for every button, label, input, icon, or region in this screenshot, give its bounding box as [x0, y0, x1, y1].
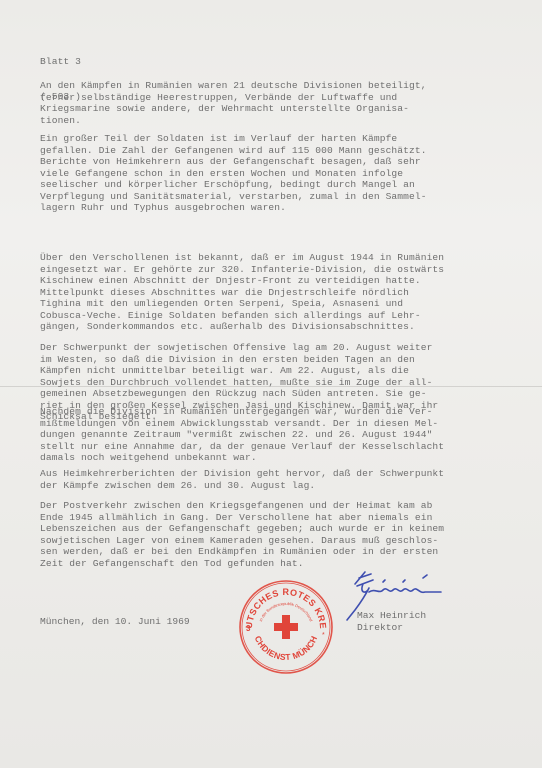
- paragraph-3: Über den Verschollenen ist bekannt, daß …: [40, 252, 444, 333]
- paragraph-6: Aus Heimkehrerberichten der Division geh…: [40, 468, 444, 491]
- text-line: lagern Ruhr und Typhus ausgebrochen ware…: [40, 202, 427, 214]
- text-line: Zeit der Gefangenschaft den Tod gefunden…: [40, 558, 444, 570]
- text-line: dungen genannte Zeitraum "vermißt zwisch…: [40, 429, 444, 441]
- text-line: tionen.: [40, 115, 427, 127]
- stamp-star-icon: *: [322, 632, 325, 639]
- text-line: seelischer und körperlicher Erschöpfung,…: [40, 179, 427, 191]
- text-line: stellt nur eine Annahme dar, da der gena…: [40, 441, 444, 453]
- text-line: gefallen. Die Zahl der Gefangenen wird a…: [40, 145, 427, 157]
- signer-name: Max Heinrich: [357, 610, 426, 622]
- place-date: München, den 10. Juni 1969: [40, 616, 190, 627]
- text-line: der Kämpfe zwischen dem 26. und 30. Augu…: [40, 480, 444, 492]
- text-line: im Westen, so daß die Division in den er…: [40, 354, 438, 366]
- text-line: Kriegsmarine sowie andere, der Wehrmacht…: [40, 103, 427, 115]
- text-line: Lebenszeichen aus der Gefangenschaft geg…: [40, 523, 444, 535]
- paragraph-5: Nachdem die Division in Rumänien unterge…: [40, 406, 444, 464]
- text-line: Cobusca-Veche. Einige Soldaten befanden …: [40, 310, 444, 322]
- sheet-label: Blatt 3: [40, 56, 81, 68]
- text-line: Verpflegung und Sanitätsmaterial, versta…: [40, 191, 427, 203]
- text-line: Aus Heimkehrerberichten der Division geh…: [40, 468, 444, 480]
- text-line: Kischinew einen Abschnitt der Dnjestr-Fr…: [40, 275, 444, 287]
- text-line: sen werden, daß er bei den Endkämpfen in…: [40, 546, 444, 558]
- stamp-number: 3: [246, 624, 251, 633]
- text-line: sowjetischen Lager von einem Kameraden g…: [40, 535, 444, 547]
- text-line: eingesetzt war. Er gehörte zur 320. Infa…: [40, 264, 444, 276]
- paragraph-2: Ein großer Teil der Soldaten ist im Verl…: [40, 133, 427, 214]
- text-line: Nachdem die Division in Rumänien unterge…: [40, 406, 444, 418]
- signer-title: Direktor: [357, 622, 426, 634]
- red-cross-icon: [274, 615, 298, 639]
- text-line: Ende 1945 allmählich in Gang. Der Versch…: [40, 512, 444, 524]
- text-line: Ein großer Teil der Soldaten ist im Verl…: [40, 133, 427, 145]
- text-line: gemeinen Absetzbewegungen den Rückzug na…: [40, 388, 438, 400]
- text-line: ferner selbständige Heerestruppen, Verbä…: [40, 92, 427, 104]
- text-line: gängen, Sonderkommandos etc. außerhalb d…: [40, 321, 444, 333]
- signer-block: Max Heinrich Direktor: [357, 610, 426, 633]
- text-line: Über den Verschollenen ist bekannt, daß …: [40, 252, 444, 264]
- text-line: An den Kämpfen in Rumänien waren 21 deut…: [40, 80, 427, 92]
- text-line: Sowjets den Durchbruch vollendet hatten,…: [40, 377, 438, 389]
- text-line: damals noch weitgehend unbekannt war.: [40, 452, 444, 464]
- text-line: mißtmeldungen von einem Abwicklungsstab …: [40, 418, 444, 430]
- text-line: Berichte von Heimkehrern aus der Gefange…: [40, 156, 427, 168]
- text-line: Mittelpunkt dieses Abschnittes war die D…: [40, 287, 444, 299]
- text-line: Tighina mit den umliegenden Orten Serpen…: [40, 298, 444, 310]
- paragraph-1: An den Kämpfen in Rumänien waren 21 deut…: [40, 80, 427, 126]
- text-line: Der Schwerpunkt der sowjetischen Offensi…: [40, 342, 438, 354]
- text-line: Kämpfen nicht unmittelbar beteiligt war.…: [40, 365, 438, 377]
- paragraph-7: Der Postverkehr zwischen den Kriegsgefan…: [40, 500, 444, 569]
- text-line: Der Postverkehr zwischen den Kriegsgefan…: [40, 500, 444, 512]
- text-line: viele Gefangene schon in den ersten Woch…: [40, 168, 427, 180]
- red-cross-stamp: DEUTSCHES ROTES KREUZ in der Bundesrepub…: [238, 579, 334, 675]
